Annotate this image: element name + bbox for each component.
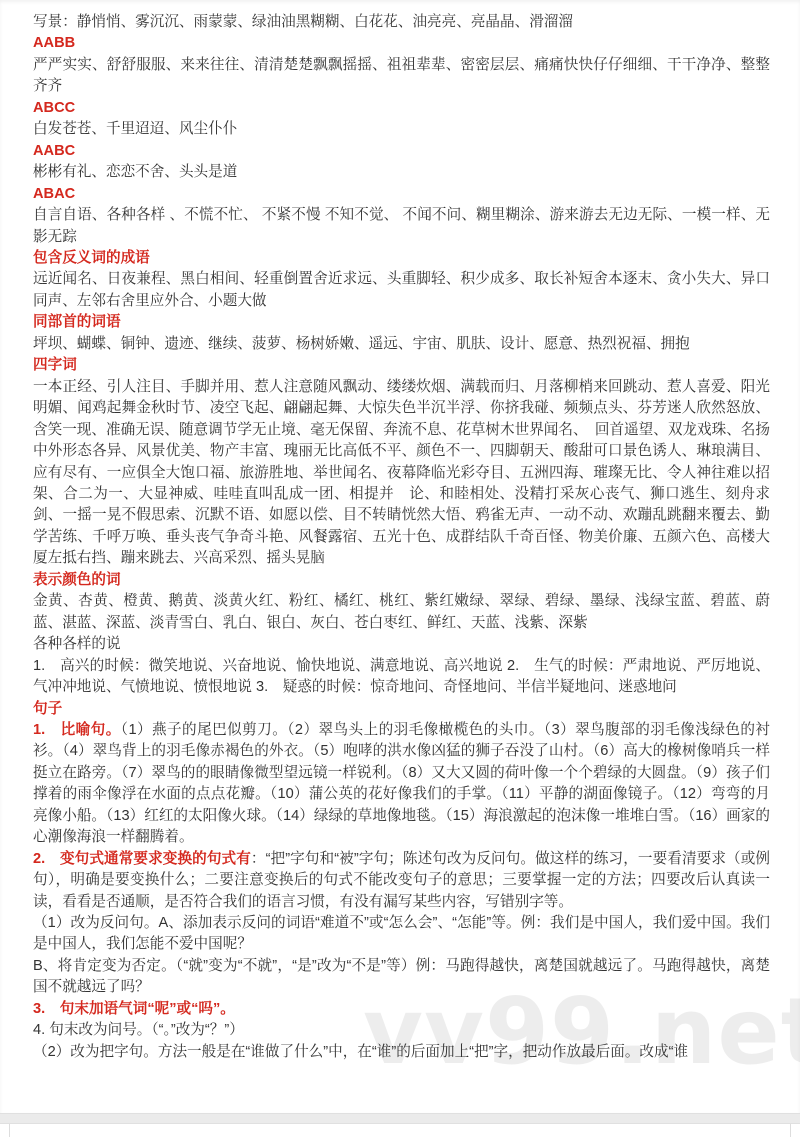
section-heading-abac: ABAC — [33, 184, 770, 205]
simile-sentences: 1. 比喻句。（1）燕子的尾巴似剪刀。（2）翠鸟头上的羽毛像橄榄色的头巾。（3）… — [33, 720, 770, 849]
document-content: 写景：静悄悄、雾沉沉、雨蒙蒙、绿油油黑糊糊、白花花、油亮亮、亮晶晶、滑溜溜 AA… — [0, 0, 800, 1063]
abcc-words: 白发苍苍、千里迢迢、风尘仆仆 — [33, 119, 770, 140]
same-radical-words: 坪坝、蝴蝶、铜钟、遗迹、继续、菠萝、杨树娇嫩、遥远、宇宙、肌肤、设计、愿意、热烈… — [33, 334, 770, 355]
abac-words: 自言自语、各种各样 、不慌不忙、 不紧不慢 不知不觉、 不闻不问、糊里糊涂、游来… — [33, 205, 770, 248]
modal-particle-rule: 3. 句末加语气词“呢”或“吗”。 — [33, 999, 770, 1020]
simile-item-number: 1. 比喻句。 — [33, 722, 121, 738]
section-heading-aabb: AABB — [33, 33, 770, 54]
section-heading-antonym-idioms: 包含反义词的成语 — [33, 248, 770, 269]
ways-of-saying-title: 各种各样的说 — [33, 634, 770, 655]
section-heading-aabc: AABC — [33, 141, 770, 162]
antonym-idiom-words: 远近闻名、日夜兼程、黑白相间、轻重倒置舍近求远、头重脚轻、积少成多、取长补短舍本… — [33, 269, 770, 312]
section-heading-color-words: 表示颜色的词 — [33, 570, 770, 591]
simile-item-body: （1）燕子的尾巴似剪刀。（2）翠鸟头上的羽毛像橄榄色的头巾。（3）翠鸟腹部的羽毛… — [33, 722, 770, 845]
aabb-words: 严严实实、舒舒服服、来来往往、清清楚楚飘飘摇摇、祖祖辈辈、密密层层、痛痛快快仔仔… — [33, 55, 770, 98]
color-words: 金黄、杏黄、橙黄、鹅黄、淡黄火红、粉红、橘红、桃红、紫红嫩绿、翠绿、碧绿、墨绿、… — [33, 591, 770, 634]
ways-of-saying-list: 1. 高兴的时候：微笑地说、兴奋地说、愉快地说、满意地说、高兴地说 2. 生气的… — [33, 656, 770, 699]
aabc-words: 彬彬有礼、恋恋不舍、头头是道 — [33, 162, 770, 183]
section-heading-four-char-words: 四字词 — [33, 355, 770, 376]
affirm-to-negative-rule: B、将肯定变为否定。（“就”变为“不就”，“是”改为“不是”等）例：马跑得越快，… — [33, 956, 770, 999]
section-heading-same-radical: 同部首的词语 — [33, 312, 770, 333]
scene-words-line: 写景：静悄悄、雾沉沉、雨蒙蒙、绿油油黑糊糊、白花花、油亮亮、亮晶晶、滑溜溜 — [33, 12, 770, 33]
transform-item-number: 2. 变句式通常要求变换的句式有 — [33, 851, 251, 867]
section-heading-sentences: 句子 — [33, 699, 770, 720]
sentence-transform-rules: 2. 变句式通常要求变换的句式有：“把”字句和“被”字句；陈述句改为反问句。做这… — [33, 849, 770, 913]
rhetorical-question-rule: （1）改为反问句。A、添加表示反问的词语“难道不”或“怎么会”、“怎能”等。例：… — [33, 913, 770, 956]
document-page: vv99.net 写景：静悄悄、雾沉沉、雨蒙蒙、绿油油黑糊糊、白花花、油亮亮、亮… — [0, 0, 800, 1113]
page-separator — [0, 1113, 800, 1124]
next-page-edge — [9, 1124, 791, 1137]
section-heading-abcc: ABCC — [33, 98, 770, 119]
ba-sentence-rule: （2）改为把字句。方法一般是在“谁做了什么”中，在“谁”的后面加上“把”字，把动… — [33, 1042, 770, 1063]
question-mark-rule: 4. 句末改为问号。（“。”改为“？”） — [33, 1020, 770, 1041]
four-char-words: 一本正经、引人注目、手脚并用、惹人注意随风飘动、缕缕炊烟、满载而归、月落柳梢来回… — [33, 377, 770, 570]
